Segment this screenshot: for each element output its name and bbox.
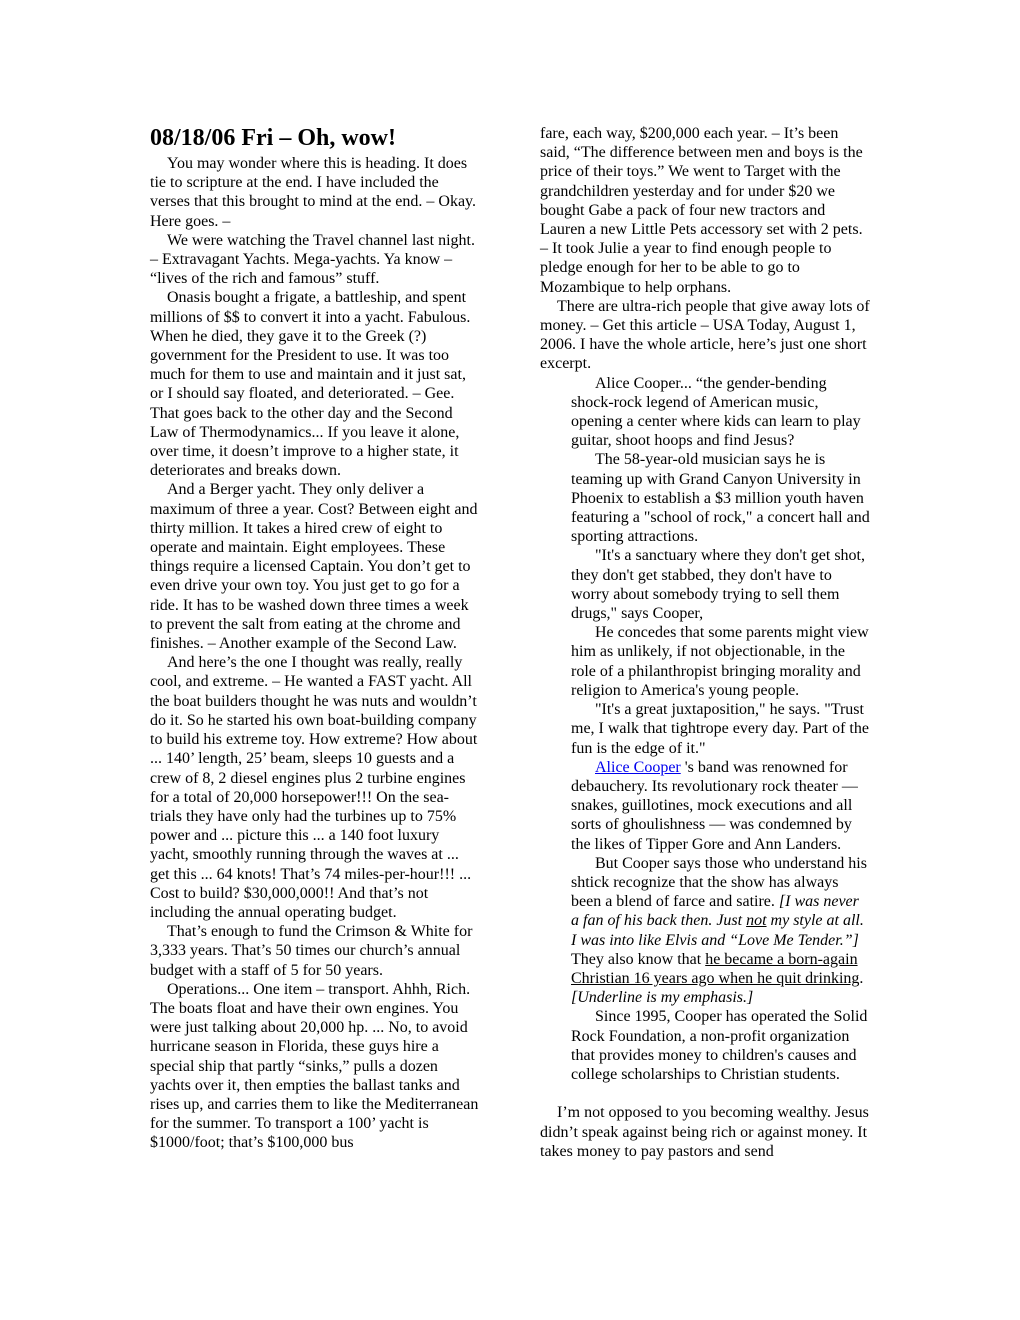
text-segment: You may wonder where this is heading. It… (150, 155, 476, 230)
paragraph: "It's a sanctuary where they don't get s… (571, 546, 870, 623)
alice-cooper-link[interactable]: Alice Cooper (595, 759, 681, 776)
left-column: 08/18/06 Fri – Oh, wow!You may wonder wh… (150, 124, 480, 1161)
text-segment: "It's a sanctuary where they don't get s… (571, 547, 865, 622)
paragraph (540, 1084, 870, 1103)
text-segment: And a Berger yacht. They only deliver a … (150, 481, 477, 652)
paragraph: You may wonder where this is heading. It… (150, 154, 480, 231)
text-segment: They also know that (571, 951, 705, 968)
text-segment: [Underline is my emphasis.] (571, 989, 753, 1006)
text-segment: And here’s the one I thought was really,… (150, 654, 477, 921)
text-segment: He concedes that some parents might view… (571, 624, 869, 699)
document-content: 08/18/06 Fri – Oh, wow!You may wonder wh… (150, 124, 870, 1161)
text-segment: Since 1995, Cooper has operated the Soli… (571, 1008, 867, 1083)
paragraph: I’m not opposed to you becoming wealthy.… (540, 1103, 870, 1161)
right-column: fare, each way, $200,000 each year. – It… (540, 124, 870, 1161)
text-segment: That’s enough to fund the Crimson & Whit… (150, 923, 472, 978)
text-segment: 08/18/06 Fri – Oh, wow! (150, 125, 396, 151)
paragraph: There are ultra-rich people that give aw… (540, 297, 870, 374)
text-segment: fare, each way, $200,000 each year. – It… (540, 125, 863, 296)
paragraph: Operations... One item – transport. Ahhh… (150, 980, 480, 1153)
text-segment: not (746, 912, 766, 929)
paragraph: That’s enough to fund the Crimson & Whit… (150, 922, 480, 980)
paragraph: We were watching the Travel channel last… (150, 231, 480, 289)
paragraph: Since 1995, Cooper has operated the Soli… (571, 1007, 870, 1084)
text-segment: Onasis bought a frigate, a battleship, a… (150, 289, 470, 479)
text-segment: Operations... One item – transport. Ahhh… (150, 981, 478, 1152)
paragraph: Onasis bought a frigate, a battleship, a… (150, 288, 480, 480)
text-segment: The 58-year-old musician says he is team… (571, 451, 870, 545)
paragraph: And here’s the one I thought was really,… (150, 653, 480, 922)
document-page: 08/18/06 Fri – Oh, wow!You may wonder wh… (0, 0, 1020, 1320)
text-segment: We were watching the Travel channel last… (150, 232, 475, 287)
paragraph: And a Berger yacht. They only deliver a … (150, 480, 480, 653)
paragraph: fare, each way, $200,000 each year. – It… (540, 124, 870, 297)
paragraph: "It's a great juxtaposition," he says. "… (571, 700, 870, 758)
text-segment: "It's a great juxtaposition," he says. "… (571, 701, 869, 756)
text-segment: . (859, 970, 863, 987)
paragraph: But Cooper says those who understand his… (571, 854, 870, 1008)
paragraph: Alice Cooper... “the gender-bending shoc… (571, 374, 870, 451)
paragraph: The 58-year-old musician says he is team… (571, 450, 870, 546)
page-title: 08/18/06 Fri – Oh, wow! (150, 124, 480, 153)
text-segment: I’m not opposed to you becoming wealthy.… (540, 1104, 869, 1159)
paragraph: He concedes that some parents might view… (571, 623, 870, 700)
text-segment: Alice Cooper... “the gender-bending shoc… (571, 375, 861, 450)
text-segment: There are ultra-rich people that give aw… (540, 298, 870, 373)
paragraph: Alice Cooper 's band was renowned for de… (571, 758, 870, 854)
